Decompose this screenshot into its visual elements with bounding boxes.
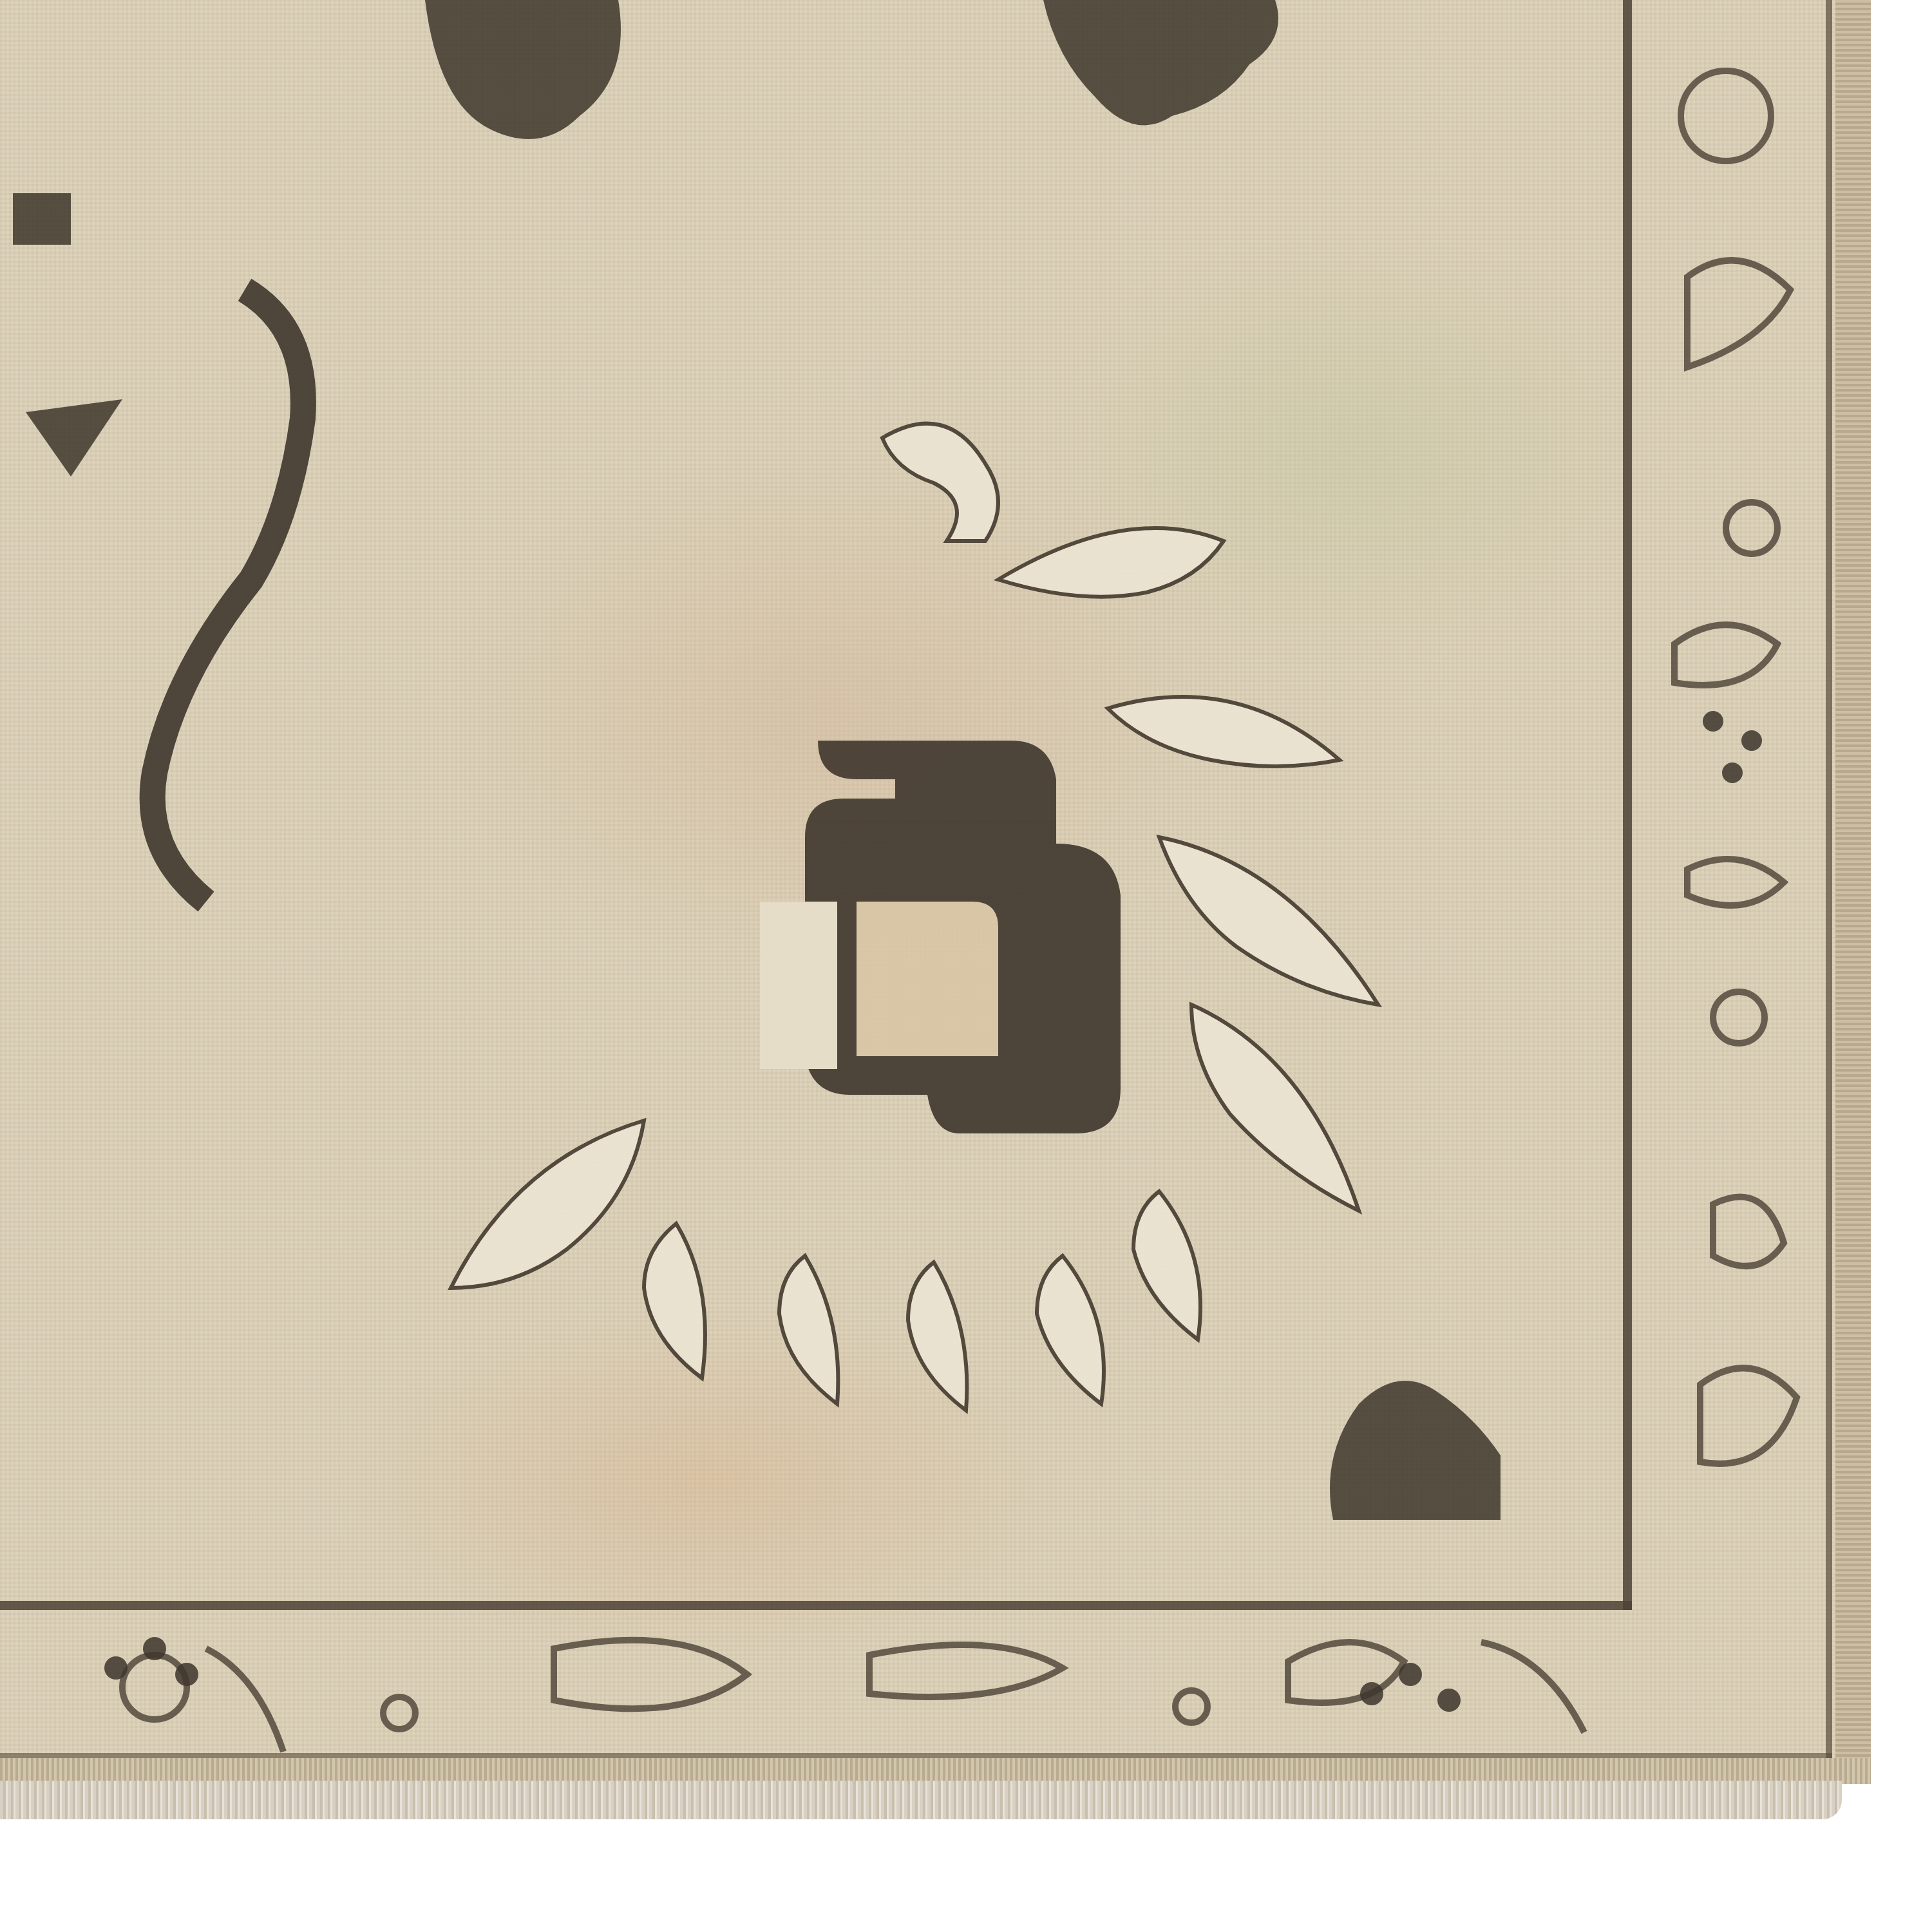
dark-cloud-motif bbox=[760, 741, 1121, 1133]
rug-pattern bbox=[0, 0, 1932, 1932]
rug-photo bbox=[0, 0, 1932, 1932]
dark-scroll-motif bbox=[153, 290, 303, 902]
